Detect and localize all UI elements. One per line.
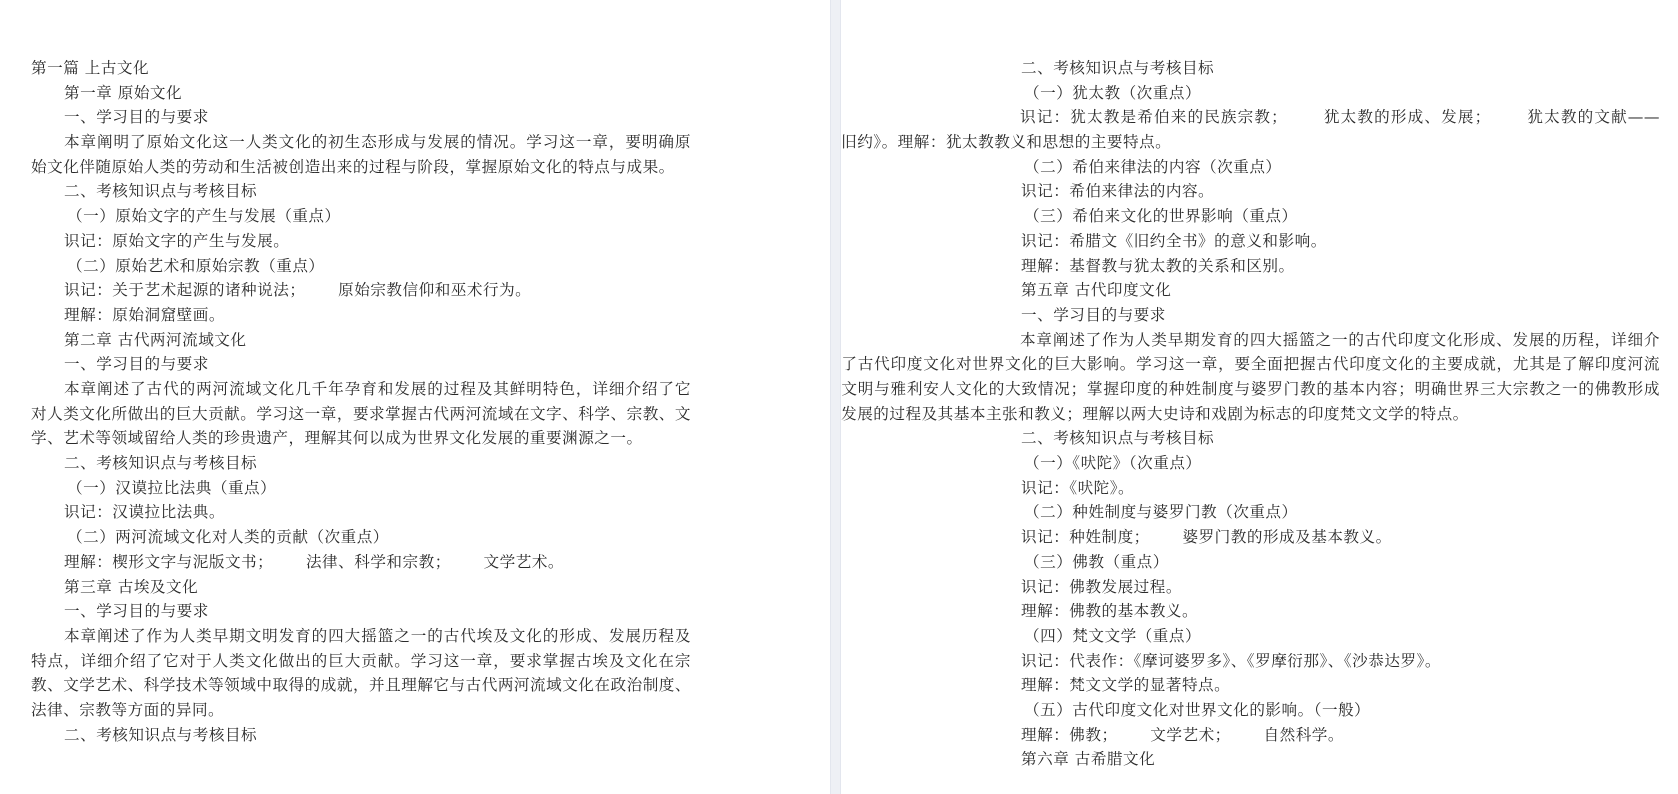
paragraph: 本章阐述了古代的两河流域文化几千年孕育和发展的过程及其鲜明特色，详细介绍了它对人… [31,377,691,451]
section-heading: 一、学习目的与要求 [31,105,691,130]
knowledge-point: （二）种姓制度与婆罗门教（次重点） [988,500,1660,525]
section-heading: 二、考核知识点与考核目标 [988,56,1660,81]
section-heading: 二、考核知识点与考核目标 [31,179,691,204]
knowledge-item: 识记：关于艺术起源的诸种说法； 原始宗教信仰和巫术行为。 [31,278,691,303]
page-left-text: 第一篇 上古文化 第一章 原始文化 一、学习目的与要求 本章阐明了原始文化这一人… [31,56,691,747]
document-viewer: 第一篇 上古文化 第一章 原始文化 一、学习目的与要求 本章阐明了原始文化这一人… [0,0,1678,794]
knowledge-point: （四）梵文文学（重点） [988,624,1660,649]
section-heading: 二、考核知识点与考核目标 [31,723,691,748]
knowledge-item: 理解：原始洞窟壁画。 [31,303,691,328]
chapter-title: 第一章 原始文化 [31,81,691,106]
chapter-title: 第六章 古希腊文化 [988,747,1660,772]
page-left: 第一篇 上古文化 第一章 原始文化 一、学习目的与要求 本章阐明了原始文化这一人… [0,0,830,794]
knowledge-point: （一）犹太教（次重点） [988,81,1660,106]
chapter-title: 第二章 古代两河流域文化 [31,328,691,353]
page-divider [830,0,841,794]
chapter-title: 第三章 古埃及文化 [31,575,691,600]
knowledge-item: 理解：楔形文字与泥版文书； 法律、科学和宗教； 文学艺术。 [31,550,691,575]
knowledge-item: 理解：基督教与犹太教的关系和区别。 [988,254,1660,279]
knowledge-item: 识记：原始文字的产生与发展。 [31,229,691,254]
section-heading: 一、学习目的与要求 [988,303,1660,328]
knowledge-paragraph: 识记：犹太教是希伯来的民族宗教； 犹太教的形成、发展； 犹太教的文献——《旧约》… [841,105,1660,154]
knowledge-item: 理解：佛教； 文学艺术； 自然科学。 [988,723,1660,748]
page-right: 二、考核知识点与考核目标 （一）犹太教（次重点） 识记：犹太教是希伯来的民族宗教… [841,0,1678,794]
knowledge-point: （二）原始艺术和原始宗教（重点） [31,254,691,279]
knowledge-point: （一）原始文字的产生与发展（重点） [31,204,691,229]
knowledge-point: （二）两河流域文化对人类的贡献（次重点） [31,525,691,550]
section-heading: 二、考核知识点与考核目标 [31,451,691,476]
paragraph: 本章阐明了原始文化这一人类文化的初生态形成与发展的情况。学习这一章，要明确原始文… [31,130,691,179]
knowledge-point: （五）古代印度文化对世界文化的影响。（一般） [988,698,1660,723]
section-heading: 一、学习目的与要求 [31,599,691,624]
section-heading: 二、考核知识点与考核目标 [988,426,1660,451]
knowledge-item: 识记：汉谟拉比法典。 [31,500,691,525]
paragraph: 本章阐述了作为人类早期发育的四大摇篮之一的古代印度文化形成、发展的历程，详细介绍… [841,328,1660,427]
paragraph: 本章阐述了作为人类早期文明发育的四大摇篮之一的古代埃及文化的形成、发展历程及特点… [31,624,691,723]
section-heading: 一、学习目的与要求 [31,352,691,377]
knowledge-item: 识记：佛教发展过程。 [988,575,1660,600]
knowledge-point: （二）希伯来律法的内容（次重点） [988,155,1660,180]
part-title: 第一篇 上古文化 [31,56,691,81]
knowledge-item: 识记：代表作：《摩诃婆罗多》、《罗摩衍那》、《沙恭达罗》。 [988,649,1660,674]
knowledge-item: 识记：种姓制度； 婆罗门教的形成及基本教义。 [988,525,1660,550]
knowledge-item: 识记：希腊文《旧约全书》的意义和影响。 [988,229,1660,254]
knowledge-item: 识记：希伯来律法的内容。 [988,179,1660,204]
knowledge-point: （三）希伯来文化的世界影响（重点） [988,204,1660,229]
knowledge-item: 识记：《吠陀》。 [988,476,1660,501]
knowledge-point: （三）佛教（重点） [988,550,1660,575]
knowledge-point: （一）《吠陀》（次重点） [988,451,1660,476]
knowledge-item: 理解：梵文文学的显著特点。 [988,673,1660,698]
chapter-title: 第五章 古代印度文化 [988,278,1660,303]
knowledge-point: （一）汉谟拉比法典（重点） [31,476,691,501]
page-right-text: 二、考核知识点与考核目标 （一）犹太教（次重点） 识记：犹太教是希伯来的民族宗教… [988,56,1660,772]
knowledge-item: 理解：佛教的基本教义。 [988,599,1660,624]
